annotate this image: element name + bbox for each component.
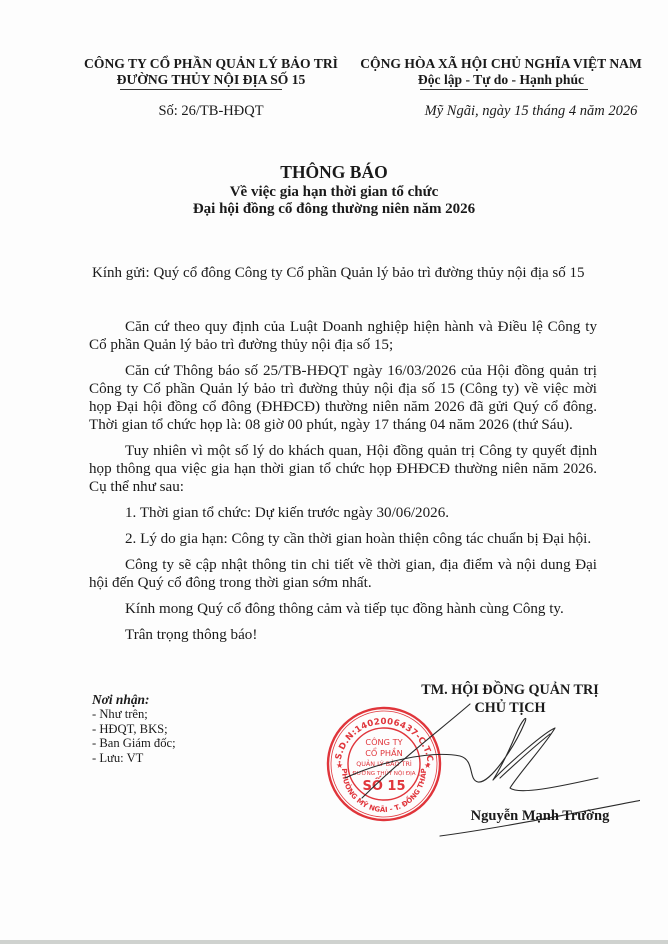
recipient-item: - Ban Giám đốc;: [92, 736, 176, 750]
body-paragraph: Tuy nhiên vì một số lý do khách quan, Hộ…: [89, 442, 597, 496]
document-body: Căn cứ theo quy định của Luật Doanh nghi…: [89, 318, 597, 652]
recipients-block: Nơi nhận: - Như trên; - HĐQT, BKS; - Ban…: [92, 693, 176, 765]
nation-title: CỘNG HÒA XÃ HỘI CHỦ NGHĨA VIỆT NAM: [342, 56, 660, 72]
scan-bottom-edge: [0, 940, 668, 944]
salutation: Kính gửi: Quý cổ đông Công ty Cổ phần Qu…: [92, 265, 585, 282]
company-name-line2: ĐƯỜNG THỦY NỘI ĐỊA SỐ 15: [62, 72, 360, 88]
body-paragraph: Trân trọng thông báo!: [89, 626, 597, 644]
motto-underline: [420, 89, 588, 90]
signer-name: Nguyễn Mạnh Trường: [420, 808, 660, 825]
signature-on-behalf: TM. HỘI ĐỒNG QUẢN TRỊ: [360, 681, 660, 699]
nation-motto: Độc lập - Tự do - Hạnh phúc: [342, 72, 660, 88]
document-number: Số: 26/TB-HĐQT: [62, 103, 360, 120]
body-list-item: 1. Thời gian tổ chức: Dự kiến trước ngày…: [89, 504, 597, 522]
body-paragraph: Căn cứ Thông báo số 25/TB-HĐQT ngày 16/0…: [89, 362, 597, 434]
document-page: CÔNG TY CỔ PHẦN QUẢN LÝ BẢO TRÌ ĐƯỜNG TH…: [0, 0, 668, 944]
company-header: CÔNG TY CỔ PHẦN QUẢN LÝ BẢO TRÌ ĐƯỜNG TH…: [62, 56, 360, 88]
document-title: THÔNG BÁO: [0, 162, 668, 183]
place-date: Mỹ Ngãi, ngày 15 tháng 4 năm 2026: [342, 103, 668, 120]
recipient-item: - Lưu: VT: [92, 751, 176, 765]
company-underline: [120, 89, 282, 90]
company-name-line1: CÔNG TY CỔ PHẦN QUẢN LÝ BẢO TRÌ: [62, 56, 360, 72]
document-subtitle-1: Về việc gia hạn thời gian tổ chức: [0, 184, 668, 201]
recipient-item: - HĐQT, BKS;: [92, 722, 176, 736]
document-subtitle-2: Đại hội đồng cổ đông thường niên năm 202…: [0, 201, 668, 218]
recipient-item: - Như trên;: [92, 707, 176, 721]
body-paragraph: Công ty sẽ cập nhật thông tin chi tiết v…: [89, 556, 597, 592]
national-header: CỘNG HÒA XÃ HỘI CHỦ NGHĨA VIỆT NAM Độc l…: [342, 56, 660, 88]
body-paragraph: Kính mong Quý cổ đông thông cảm và tiếp …: [89, 600, 597, 618]
body-paragraph: Căn cứ theo quy định của Luật Doanh nghi…: [89, 318, 597, 354]
recipients-heading: Nơi nhận:: [92, 693, 176, 707]
body-list-item: 2. Lý do gia hạn: Công ty cần thời gian …: [89, 530, 597, 548]
